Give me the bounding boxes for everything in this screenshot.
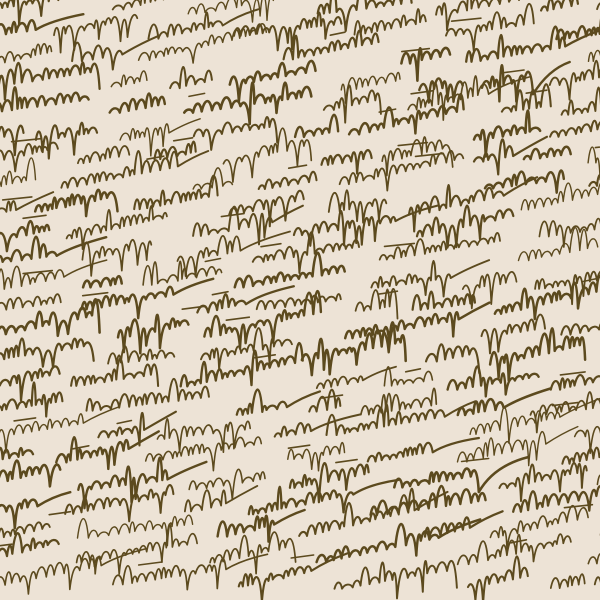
- handwriting-scribbles: [0, 0, 600, 600]
- handwriting-pattern: Seamless pattern of illegible old-fashio…: [0, 0, 600, 600]
